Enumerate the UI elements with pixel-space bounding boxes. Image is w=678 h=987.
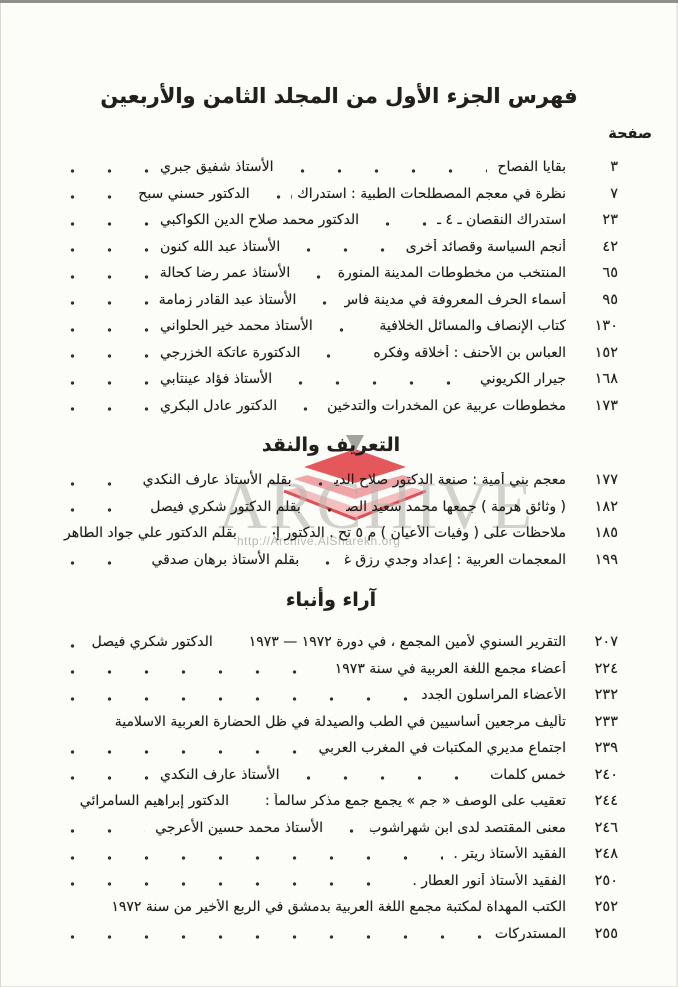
page-number: ٢٣: [578, 212, 618, 228]
page-number: ٢٤٠: [578, 767, 618, 783]
page-number: ٢٣٣: [578, 714, 618, 730]
toc-rows: ١٧٧معجم بني أمية : صنعة الدكتور صلاح الد…: [44, 467, 618, 573]
entry-title: تعقيب على الوصف « جم » يجمع جمع مذكر سال…: [265, 793, 566, 809]
page-number: ٢٥٠: [578, 873, 618, 889]
entry-title: معنى المقتصد لدى ابن شهراشوب .: [370, 820, 566, 836]
table-of-contents: ٣بقايا الفصاحالأستاذ شفيق جبري٧نظرة في م…: [0, 154, 678, 947]
toc-row: ٩٥أسماء الحرف المعروفة في مدينة فاسالأست…: [44, 287, 618, 314]
dot-leader: [54, 379, 150, 387]
toc-row: ١٨٥ملاحظات على ( وفيات الأعيان ) م ٥ تح …: [44, 520, 618, 547]
dot-leader: [54, 352, 150, 360]
dot-leader: [306, 299, 334, 307]
entry-title: اجتماع مديري المكتبات في المغرب العربي: [318, 740, 566, 756]
page-number: ٦٥: [578, 265, 618, 281]
entry-author: بقلم الدكتور شكري فيصل: [150, 499, 300, 515]
entry-title: العباس بن الأحنف : أخلاقه وفكره: [373, 345, 566, 361]
page-number: ١٩٩: [578, 552, 618, 568]
page-header: فهرس الجزء الأول من المجلد الثامن والأرب…: [0, 81, 678, 144]
dot-leader: [54, 774, 150, 782]
entry-title: معجم بني أمية : صنعة الدكتور صلاح الدين …: [334, 472, 566, 488]
dot-leader: [54, 854, 443, 862]
toc-row: ١٧٧معجم بني أمية : صنعة الدكتور صلاح الد…: [44, 467, 618, 494]
toc-row: ٧نظرة في معجم المصطلحات الطبية : استدراك…: [44, 181, 618, 208]
page-number: ٢٤٨: [578, 846, 618, 862]
dot-leader: [85, 907, 101, 915]
dot-leader: [54, 193, 128, 201]
dot-leader: [369, 220, 427, 228]
scanned-journal-index-page: ARCHIVE http://Archive.AlSharekh.org فهر…: [0, 0, 678, 987]
dot-leader: [223, 642, 239, 650]
page-column-header: صفحة: [0, 124, 652, 144]
entry-title: نظرة في معجم المصطلحات الطبية : استدراك …: [291, 186, 566, 202]
toc-row: ٢٤٤تعقيب على الوصف « جم » يجمع جمع مذكر …: [44, 788, 618, 815]
toc-row: ١٨٢( وثائق هرمة ) جمعها محمد سعيد الصواف…: [44, 494, 618, 521]
page-number: ١٨٢: [578, 499, 618, 515]
dot-leader: [290, 246, 395, 254]
dot-leader: [54, 933, 485, 941]
page-number: ٧: [578, 186, 618, 202]
dot-leader: [54, 273, 150, 281]
entry-author: بقلم الأستاذ برهان صدقي: [152, 552, 300, 568]
entry-title: أسماء الحرف المعروفة في مدينة فاس: [344, 292, 566, 308]
section-heading-reviews: التعريف والنقد: [44, 431, 618, 459]
toc-row: ١٣٠كتاب الإنصاف والمسائل الخلافيةالأستاذ…: [44, 313, 618, 340]
entry-author: الأستاذ فؤاد عينتابي: [160, 371, 272, 387]
entry-author: الدكتور إبراهيم السامرائي: [80, 793, 229, 809]
toc-rows: ٣بقايا الفصاحالأستاذ شفيق جبري٧نظرة في م…: [44, 154, 618, 419]
toc-row: ٢٣٩اجتماع مديري المكتبات في المغرب العرب…: [44, 735, 618, 762]
dot-leader: [54, 695, 411, 703]
page-number: ١٥٢: [578, 345, 618, 361]
dot-leader: [287, 405, 317, 413]
dot-leader: [54, 642, 82, 650]
toc-row: ٢٠٧التقرير السنوي لأمين المجمع ، في دورة…: [44, 629, 618, 656]
toc-row: ٢٣٣تأليف مرجعين أساسيين في الطب والصيدلة…: [44, 709, 618, 736]
dot-leader: [54, 246, 150, 254]
toc-row: ١٥٢العباس بن الأحنف : أخلاقه وفكرهالدكتو…: [44, 340, 618, 367]
entry-author: الأستاذ محمد حسين الأعرجي: [155, 820, 323, 836]
dot-leader: [54, 480, 133, 488]
entry-title: كتاب الإنصاف والمسائل الخلافية: [379, 318, 566, 334]
toc-rows: ٢٠٧التقرير السنوي لأمين المجمع ، في دورة…: [44, 629, 618, 947]
dot-leader: [54, 801, 70, 809]
toc-row: ٢٤٦معنى المقتصد لدى ابن شهراشوب .الأستاذ…: [44, 815, 618, 842]
entry-title: جيرار الكريوني: [480, 371, 566, 387]
entry-title: خمس كلمات: [490, 767, 566, 783]
dot-leader: [260, 193, 282, 201]
page-number: ٣: [578, 159, 618, 175]
toc-row: ٢٥٢الكتب المهداة لمكتبة مجمع اللغة العرب…: [44, 894, 618, 921]
toc-row: ٦٥المنتخب من مخطوطات المدينة المنورةالأس…: [44, 260, 618, 287]
toc-row: ٢٣استدراك النقصان ـ ٤ ـالدكتور محمد صلاح…: [44, 207, 618, 234]
entry-title: تأليف مرجعين أساسيين في الطب والصيدلة في…: [115, 714, 566, 730]
entry-title: الكتب المهداة لمكتبة مجمع اللغة العربية …: [111, 899, 566, 915]
dot-leader: [54, 668, 325, 676]
toc-section-news: آراء وأنباء ٢٠٧التقرير السنوي لأمين المج…: [44, 585, 618, 947]
dot-leader: [54, 220, 150, 228]
entry-author: الدكتور محمد صلاح الدين الكواكبي: [160, 212, 359, 228]
page-number: ١٧٣: [578, 398, 618, 414]
dot-leader: [54, 880, 402, 888]
entry-title: أعضاء مجمع اللغة العربية في سنة ١٩٧٣: [335, 661, 566, 677]
entry-author: الأستاذ محمد خير الحلواني: [160, 318, 313, 334]
page-number: ٢٤٦: [578, 820, 618, 836]
entry-title: الأعضاء المراسلون الجدد: [421, 687, 566, 703]
section-heading-news: آراء وأنباء: [44, 585, 618, 615]
page-number: ٤٢: [578, 239, 618, 255]
entry-author: الأستاذ عمر رضا كحالة: [160, 265, 291, 281]
toc-row: ٢٤٠خمس كلماتالأستاذ عارف النكدي: [44, 762, 618, 789]
toc-row: ٢٣٢الأعضاء المراسلون الجدد: [44, 682, 618, 709]
entry-author: الدكتور عادل البكري: [160, 398, 277, 414]
toc-row: ٤٢أنجم السياسة وقصائد أخرىالأستاذ عبد ال…: [44, 234, 618, 261]
entry-title: بقايا الفصاح: [497, 159, 566, 175]
entry-title: مخطوطات عربية عن المخدرات والتدخين: [327, 398, 566, 414]
page-title: فهرس الجزء الأول من المجلد الثامن والأرب…: [30, 81, 648, 112]
entry-title: ( وثائق هرمة ) جمعها محمد سعيد الصواف: [346, 499, 566, 515]
entry-title: استدراك النقصان ـ ٤ ـ: [437, 212, 566, 228]
entry-title: المعجمات العربية : إعداد وجدي رزق غالي: [345, 552, 566, 568]
toc-row: ٣بقايا الفصاحالأستاذ شفيق جبري: [44, 154, 618, 181]
dot-leader: [54, 167, 150, 175]
entry-title: أنجم السياسة وقصائد أخرى: [406, 239, 566, 255]
dot-leader: [311, 506, 336, 514]
toc-row: ١٦٨جيرار الكريونيالأستاذ فؤاد عينتابي: [44, 366, 618, 393]
dot-leader: [282, 379, 470, 387]
page-number: ١٧٧: [578, 472, 618, 488]
dot-leader: [54, 326, 150, 334]
toc-section-main: ٣بقايا الفصاحالأستاذ شفيق جبري٧نظرة في م…: [44, 154, 618, 419]
page-number: ٢٥٥: [578, 926, 618, 942]
entry-title: الفقيد الأستاذ أنور العطار .: [412, 873, 566, 889]
page-number: ٢٠٧: [578, 634, 618, 650]
dot-leader: [239, 801, 255, 809]
page-number: ٢٣٢: [578, 687, 618, 703]
page-number: ٢٢٤: [578, 661, 618, 677]
entry-author: الأستاذ شفيق جبري: [160, 159, 274, 175]
dot-leader: [323, 326, 370, 334]
dot-leader: [54, 827, 145, 835]
dot-leader: [89, 721, 105, 729]
dot-leader: [302, 480, 325, 488]
dot-leader: [284, 167, 488, 175]
toc-row: ٢٢٤أعضاء مجمع اللغة العربية في سنة ١٩٧٣: [44, 656, 618, 683]
entry-author: الأستاذ عبد القادر زمامة: [159, 292, 297, 308]
entry-author: الدكتور شكري فيصل: [92, 634, 213, 650]
dot-leader: [247, 533, 263, 541]
dot-leader: [300, 273, 328, 281]
page-number: ٢٤٤: [578, 793, 618, 809]
entry-author: بقلم الدكتور علي جواد الطاهر: [64, 525, 237, 541]
entry-author: الأستاذ عبد الله كنون: [160, 239, 280, 255]
dot-leader: [54, 405, 150, 413]
page-number: ١٣٠: [578, 318, 618, 334]
entry-author: الدكتور حسني سبح: [138, 186, 249, 202]
entry-title: المستدركات: [495, 926, 566, 942]
page-number: ١٨٥: [578, 525, 618, 541]
dot-leader: [310, 352, 363, 360]
dot-leader: [54, 299, 149, 307]
page-number: ١٦٨: [578, 371, 618, 387]
dot-leader: [54, 506, 140, 514]
entry-title: الفقيد الأستاذ ريتر .: [453, 846, 566, 862]
entry-author: الدكتورة عاتكة الخزرجي: [160, 345, 300, 361]
toc-row: ١٧٣مخطوطات عربية عن المخدرات والتدخينالد…: [44, 393, 618, 420]
page-number: ٢٥٢: [578, 899, 618, 915]
entry-author: الأستاذ عارف النكدي: [160, 767, 280, 783]
dot-leader: [54, 748, 308, 756]
toc-section-reviews: التعريف والنقد ١٧٧معجم بني أمية : صنعة ا…: [44, 431, 618, 573]
entry-title: التقرير السنوي لأمين المجمع ، في دورة ١٩…: [249, 634, 566, 650]
dot-leader: [333, 827, 360, 835]
entry-title: ملاحظات على ( وفيات الأعيان ) م ٥ تح . ا…: [273, 525, 566, 541]
entry-title: المنتخب من مخطوطات المدينة المنورة: [338, 265, 566, 281]
page-number: ٩٥: [578, 292, 618, 308]
toc-row: ٢٥٠الفقيد الأستاذ أنور العطار .: [44, 868, 618, 895]
dot-leader: [54, 559, 142, 567]
dot-leader: [290, 774, 481, 782]
toc-row: ٢٤٨الفقيد الأستاذ ريتر .: [44, 841, 618, 868]
entry-author: بقلم الأستاذ عارف النكدي: [143, 472, 292, 488]
dot-leader: [309, 559, 335, 567]
page-number: ٢٣٩: [578, 740, 618, 756]
toc-row: ١٩٩المعجمات العربية : إعداد وجدي رزق غال…: [44, 547, 618, 574]
toc-row: ٢٥٥المستدركات: [44, 921, 618, 948]
